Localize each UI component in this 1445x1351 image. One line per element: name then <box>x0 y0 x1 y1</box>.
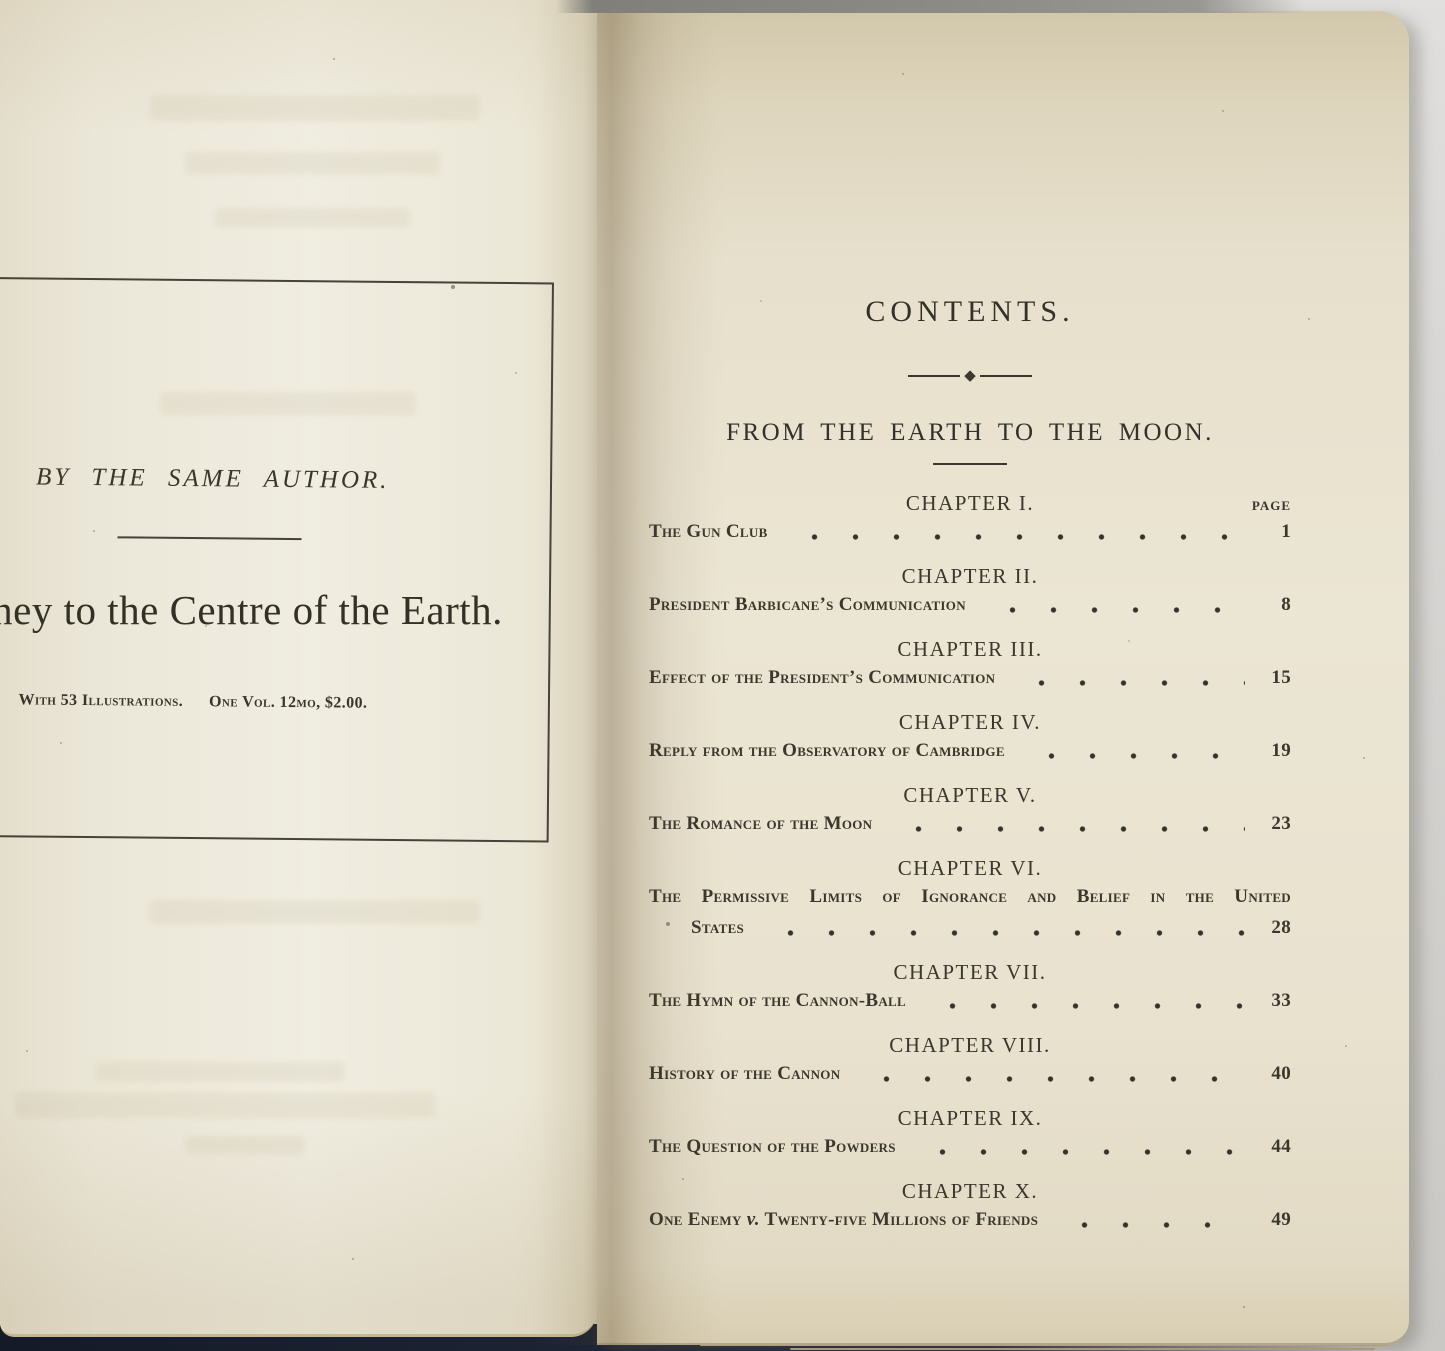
chapter-title-text: The Romance of the Moon <box>649 813 872 834</box>
page-number: 8 <box>1251 593 1291 617</box>
dot-leader <box>908 1135 1245 1159</box>
imprint-edition: One Vol. 12mo, $2.00. <box>209 693 367 712</box>
dot-leader <box>852 1062 1245 1086</box>
advertisement-box: BY THE SAME AUTHOR. With 53 Illustration… <box>0 277 554 843</box>
chapter-label: CHAPTER I. <box>649 491 1291 515</box>
page-stack-edge <box>790 1348 1375 1350</box>
toc-chapter: CHAPTER X.One Enemy v. Twenty-five Milli… <box>649 1179 1291 1232</box>
showthrough-smudge <box>185 152 440 174</box>
chapter-title-text: President Barbicane’s Communication <box>649 594 966 615</box>
chapter-label: CHAPTER III. <box>649 637 1291 661</box>
imprint-illustrations: With 53 Illustrations. <box>18 691 183 710</box>
chapter-label: CHAPTER VII. <box>649 960 1291 984</box>
toc-chapter: CHAPTER V.The Romance of the Moon23 <box>649 783 1291 836</box>
chapter-title: States <box>649 916 744 940</box>
page-number: 1 <box>1251 520 1291 544</box>
showthrough-smudge <box>215 208 410 228</box>
page-number: 33 <box>1251 989 1291 1013</box>
showthrough-smudge <box>150 900 480 924</box>
chapter-entry-line: President Barbicane’s Communication8 <box>649 593 1291 617</box>
chapter-entry-line: The Romance of the Moon23 <box>649 812 1291 836</box>
showthrough-smudge <box>95 1062 345 1082</box>
showthrough-smudge <box>15 1092 435 1118</box>
chapter-title: Effect of the President’s Communication <box>649 666 995 690</box>
chapter-title-text: The Hymn of the Cannon-Ball <box>649 990 906 1011</box>
chapter-label: CHAPTER VIII. <box>649 1033 1291 1057</box>
chapter-entry-line: One Enemy v. Twenty-five Millions of Fri… <box>649 1208 1291 1232</box>
chapter-label: CHAPTER X. <box>649 1179 1291 1203</box>
chapter-title-text: Twenty-five Millions of Friends <box>760 1209 1038 1230</box>
short-divider-rule <box>933 463 1007 465</box>
chapter-label: CHAPTER IV. <box>649 710 1291 734</box>
page-number: 19 <box>1251 739 1291 763</box>
showthrough-smudge <box>150 95 480 121</box>
chapter-title-text: History of the Cannon <box>649 1063 840 1084</box>
advertised-book-title: rney to the Centre of the Earth. <box>0 586 503 634</box>
diamond-ornament-icon: ◆ <box>964 371 976 381</box>
toc-chapter: CHAPTER IV.Reply from the Observatory of… <box>649 710 1291 763</box>
toc-chapter: CHAPTER VII.The Hymn of the Cannon-Ball3… <box>649 960 1291 1013</box>
chapter-entry-line: History of the Cannon40 <box>649 1062 1291 1086</box>
dot-leader <box>780 520 1245 544</box>
dot-leader <box>756 916 1245 940</box>
chapter-title-text: The Gun Club <box>649 521 768 542</box>
divider-line <box>980 375 1032 377</box>
chapter-title-text: Reply from the Observatory of Cambridge <box>649 740 1005 761</box>
chapter-title: One Enemy v. Twenty-five Millions of Fri… <box>649 1208 1038 1232</box>
chapter-label: CHAPTER II. <box>649 564 1291 588</box>
divider-line <box>908 375 960 377</box>
page-number: 28 <box>1251 916 1291 940</box>
chapter-title-text: The Question of the Powders <box>649 1136 896 1157</box>
paper-speckles <box>0 0 2 2</box>
chapter-title: The Hymn of the Cannon-Ball <box>649 989 906 1013</box>
imprint-line: With 53 Illustrations.One Vol. 12mo, $2.… <box>8 691 378 713</box>
toc-chapter: CHAPTER IX.The Question of the Powders44 <box>649 1106 1291 1159</box>
chapter-title-text: One Enemy <box>649 1209 747 1230</box>
toc-chapter: CHAPTER VIII.History of the Cannon40 <box>649 1033 1291 1086</box>
chapter-title-text: States <box>691 917 744 938</box>
chapter-entry-line: The Question of the Powders44 <box>649 1135 1291 1159</box>
toc-chapter: CHAPTER III.Effect of the President’s Co… <box>649 637 1291 690</box>
chapter-title-text: v. <box>747 1209 760 1230</box>
right-page: CONTENTS. ◆ FROM THE EARTH TO THE MOON. … <box>597 11 1409 1345</box>
chapter-title: President Barbicane’s Communication <box>649 593 966 617</box>
top-edge-shadow <box>556 0 1304 13</box>
page-number: 44 <box>1251 1135 1291 1159</box>
book-title-heading: FROM THE EARTH TO THE MOON. <box>649 419 1291 447</box>
chapter-title: History of the Cannon <box>649 1062 840 1086</box>
chapter-label: CHAPTER VI. <box>649 856 1291 880</box>
page-number: 40 <box>1251 1062 1291 1086</box>
chapter-entry-line: The Hymn of the Cannon-Ball33 <box>649 989 1291 1013</box>
dot-leader <box>978 593 1245 617</box>
contents-heading: CONTENTS. <box>649 295 1291 329</box>
toc-chapter: CHAPTER I.The Gun Club1 <box>649 491 1291 544</box>
dot-leader <box>918 989 1245 1013</box>
divider-rule <box>117 536 301 540</box>
page-number: 49 <box>1251 1208 1291 1232</box>
toc-chapter: CHAPTER II.President Barbicane’s Communi… <box>649 564 1291 617</box>
chapter-entry-line: Reply from the Observatory of Cambridge1… <box>649 739 1291 763</box>
chapter-title: The Gun Club <box>649 520 768 544</box>
chapter-title-text: Effect of the President’s Communication <box>649 667 995 688</box>
toc-chapter: CHAPTER VI.The Permissive Limits of Igno… <box>649 856 1291 940</box>
chapter-title-text: The Permissive Limits of Ignorance and B… <box>649 886 1291 907</box>
chapter-entry-line: States28 <box>649 916 1291 940</box>
diamond-divider: ◆ <box>649 371 1291 381</box>
chapter-title: The Romance of the Moon <box>649 812 872 836</box>
showthrough-smudge <box>160 392 415 415</box>
left-page: BY THE SAME AUTHOR. With 53 Illustration… <box>0 0 597 1337</box>
chapter-entry-line: The Gun Club1 <box>649 520 1291 544</box>
chapter-label: CHAPTER IX. <box>649 1106 1291 1130</box>
dot-leader <box>1007 666 1245 690</box>
dot-leader <box>884 812 1245 836</box>
chapter-title: The Permissive Limits of Ignorance and B… <box>649 886 1291 907</box>
chapter-entry-line: Effect of the President’s Communication1… <box>649 666 1291 690</box>
table-of-contents: PAGE CHAPTER I.The Gun Club1CHAPTER II.P… <box>649 491 1291 1252</box>
page-number: 23 <box>1251 812 1291 836</box>
showthrough-smudge <box>185 1136 305 1154</box>
page-column-label: PAGE <box>1252 498 1291 514</box>
chapter-entry-line: The Permissive Limits of Ignorance and B… <box>649 885 1291 909</box>
open-book-photo: BY THE SAME AUTHOR. With 53 Illustration… <box>0 0 1445 1351</box>
chapter-title: Reply from the Observatory of Cambridge <box>649 739 1005 763</box>
dot-leader <box>1017 739 1245 763</box>
page-number: 15 <box>1251 666 1291 690</box>
chapter-label: CHAPTER V. <box>649 783 1291 807</box>
chapter-title: The Question of the Powders <box>649 1135 896 1159</box>
dot-leader <box>1050 1208 1245 1232</box>
by-same-author-note: BY THE SAME AUTHOR. <box>36 464 382 495</box>
chapter-list: CHAPTER I.The Gun Club1CHAPTER II.Presid… <box>649 491 1291 1232</box>
